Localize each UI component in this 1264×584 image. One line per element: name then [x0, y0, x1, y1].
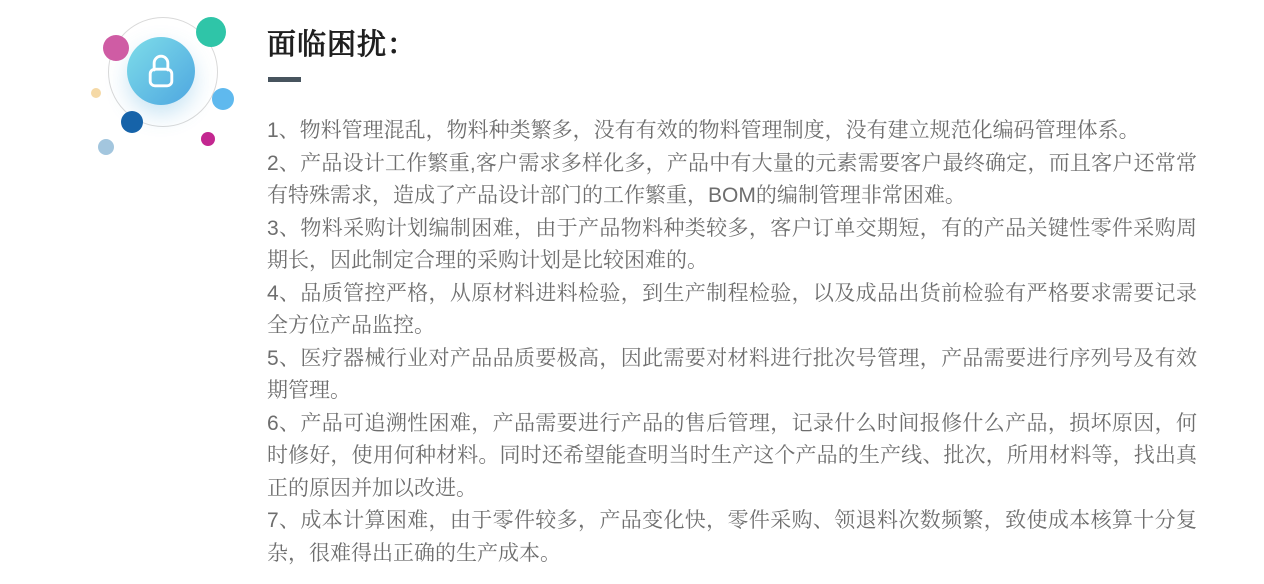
dot-pink-icon	[103, 35, 129, 61]
dot-steel-icon	[98, 139, 114, 155]
challenge-item: 4、品质管控严格，从原材料进料检验，到生产制程检验，以及成品出货前检验有严格要求…	[267, 278, 1197, 343]
challenge-item: 5、医疗器械行业对产品品质要极高，因此需要对材料进行批次号管理，产品需要进行序列…	[267, 343, 1197, 408]
dot-magenta-icon	[201, 132, 215, 146]
lock-icon	[143, 51, 179, 91]
dot-sky-icon	[212, 88, 234, 110]
dot-tan-icon	[91, 88, 101, 98]
lock-badge-circle	[127, 37, 195, 105]
lock-badge	[88, 8, 248, 168]
challenge-list: 1、物料管理混乱，物料种类繁多，没有有效的物料管理制度，没有建立规范化编码管理体…	[267, 115, 1197, 570]
dot-navy-icon	[121, 111, 143, 133]
section-title: 面临困扰：	[267, 26, 1197, 64]
section-content: 面临困扰： 1、物料管理混乱，物料种类繁多，没有有效的物料管理制度，没有建立规范…	[267, 26, 1197, 570]
dot-teal-icon	[196, 17, 226, 47]
challenge-item: 1、物料管理混乱，物料种类繁多，没有有效的物料管理制度，没有建立规范化编码管理体…	[267, 115, 1197, 148]
challenge-item: 2、产品设计工作繁重,客户需求多样化多，产品中有大量的元素需要客户最终确定，而且…	[267, 148, 1197, 213]
challenges-section: 面临困扰： 1、物料管理混乱，物料种类繁多，没有有效的物料管理制度，没有建立规范…	[0, 0, 1264, 584]
challenge-item: 3、物料采购计划编制困难，由于产品物料种类较多，客户订单交期短，有的产品关键性零…	[267, 213, 1197, 278]
title-underline	[268, 77, 301, 82]
challenge-item: 6、产品可追溯性困难，产品需要进行产品的售后管理，记录什么时间报修什么产品，损坏…	[267, 408, 1197, 506]
challenge-item: 7、成本计算困难，由于零件较多，产品变化快，零件采购、领退料次数频繁，致使成本核…	[267, 505, 1197, 570]
